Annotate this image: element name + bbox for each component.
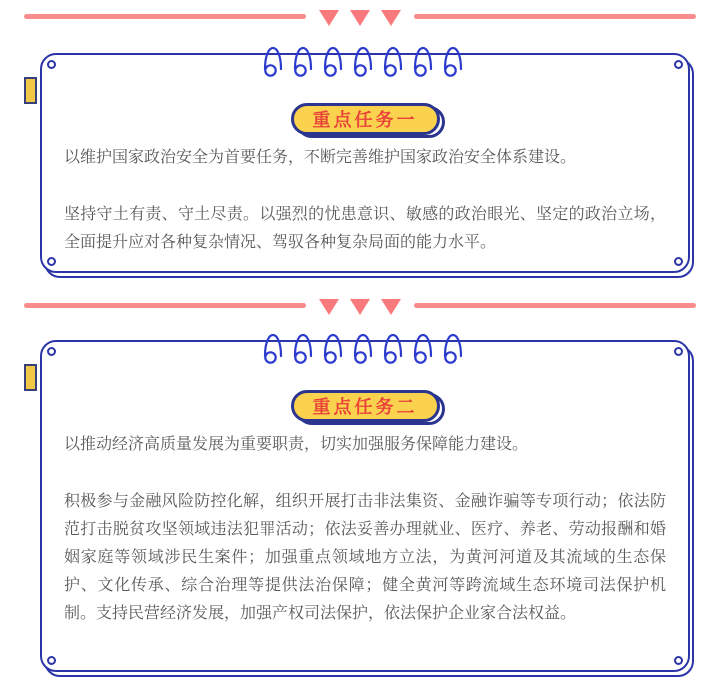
divider-line <box>24 303 306 308</box>
task-paragraph: 坚持守土有责、守土尽责。以强烈的忧患意识、敏感的政治眼光、坚定的政治立场，全面提… <box>64 201 666 257</box>
corner-ring-icon <box>47 347 56 356</box>
spiral-binding-icon <box>260 327 470 369</box>
notebook-card-2: 重点任务二 以推动经济高质量发展为重要职责，切实加强服务保障能力建设。 积极参与… <box>40 340 690 672</box>
triangle-down-icon <box>319 10 339 26</box>
section-divider <box>24 6 696 26</box>
divider-line <box>24 14 306 19</box>
triangle-down-icon <box>319 299 339 315</box>
card-panel: 重点任务一 以维护国家政治安全为首要任务，不断完善维护国家政治安全体系建设。 坚… <box>40 53 690 273</box>
task-badge-1: 重点任务一 <box>42 103 688 135</box>
corner-ring-icon <box>674 656 683 665</box>
corner-ring-icon <box>47 257 56 266</box>
corner-ring-icon <box>47 60 56 69</box>
task-paragraph: 以推动经济高质量发展为重要职责，切实加强服务保障能力建设。 <box>64 431 666 459</box>
corner-ring-icon <box>47 656 56 665</box>
card-panel: 重点任务二 以推动经济高质量发展为重要职责，切实加强服务保障能力建设。 积极参与… <box>40 340 690 672</box>
triangle-down-icon <box>381 299 401 315</box>
divider-triangles <box>319 296 401 315</box>
divider-triangles <box>319 7 401 26</box>
task-badge-label: 重点任务一 <box>291 103 440 135</box>
triangle-down-icon <box>350 10 370 26</box>
divider-line <box>414 14 696 19</box>
bookmark-tab-icon <box>24 77 37 104</box>
divider-line <box>414 303 696 308</box>
card-body-text: 以维护国家政治安全为首要任务，不断完善维护国家政治安全体系建设。 坚持守土有责、… <box>64 144 666 257</box>
bookmark-tab-icon <box>24 364 37 391</box>
card-body-text: 以推动经济高质量发展为重要职责，切实加强服务保障能力建设。 积极参与金融风险防控… <box>64 431 666 628</box>
corner-ring-icon <box>674 257 683 266</box>
task-paragraph: 以维护国家政治安全为首要任务，不断完善维护国家政治安全体系建设。 <box>64 144 666 172</box>
corner-ring-icon <box>674 60 683 69</box>
infographic-page: 重点任务一 以维护国家政治安全为首要任务，不断完善维护国家政治安全体系建设。 坚… <box>0 0 720 689</box>
notebook-card-1: 重点任务一 以维护国家政治安全为首要任务，不断完善维护国家政治安全体系建设。 坚… <box>40 53 690 273</box>
corner-ring-icon <box>674 347 683 356</box>
task-paragraph: 积极参与金融风险防控化解，组织开展打击非法集资、金融诈骗等专项行动；依法防范打击… <box>64 488 666 628</box>
task-badge-2: 重点任务二 <box>42 390 688 422</box>
triangle-down-icon <box>381 10 401 26</box>
task-badge-label: 重点任务二 <box>291 390 440 422</box>
triangle-down-icon <box>350 299 370 315</box>
section-divider <box>24 295 696 315</box>
spiral-binding-icon <box>260 40 470 82</box>
